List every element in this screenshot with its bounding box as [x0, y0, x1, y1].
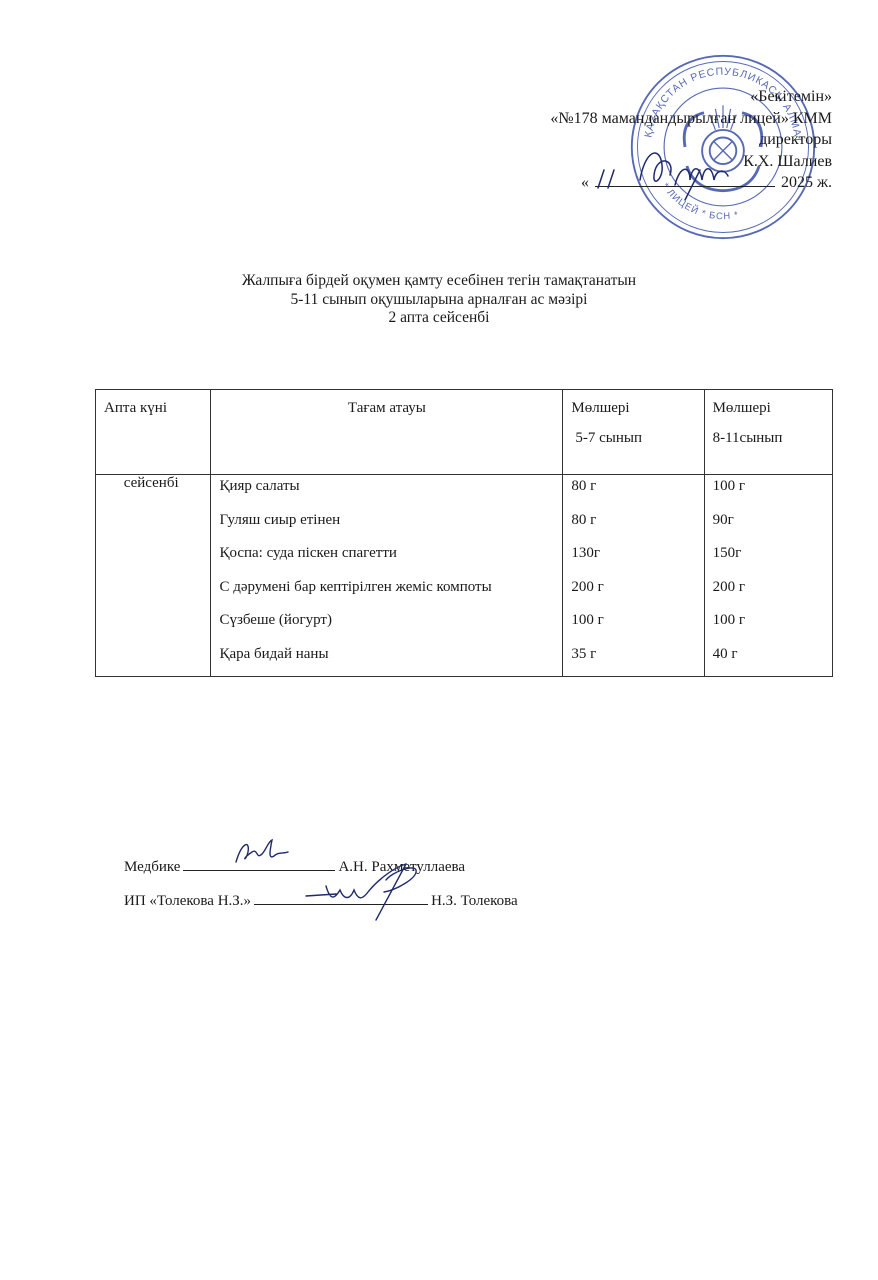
nurse-signature-icon: [232, 838, 302, 868]
amount-8-11: 40 г: [713, 643, 824, 677]
date-open-quote: «: [581, 172, 589, 194]
amount-5-7: 80 г: [571, 475, 695, 509]
header-amount-label: Мөлшері: [713, 400, 771, 416]
dish-name: Сүзбеше (йогурт): [219, 609, 554, 643]
amount-8-11: 90г: [713, 509, 824, 543]
nurse-label: Медбике: [124, 850, 180, 884]
header-dish: Тағам атауы: [211, 390, 563, 475]
table-row: сейсенбі Қияр салатыГуляш сиыр етіненҚос…: [96, 475, 833, 677]
amount-5-7: 80 г: [571, 509, 695, 543]
table-header-row: Апта күні Тағам атауы Мөлшері 5-7 сынып …: [96, 390, 833, 475]
amount-5-7: 100 г: [571, 609, 695, 643]
dish-name: Қияр салаты: [219, 475, 554, 509]
supplier-signature-icon: [296, 860, 446, 924]
dish-name: Гуляш сиыр етінен: [219, 509, 554, 543]
director-signature-icon: [590, 140, 740, 210]
header-day: Апта күні: [96, 390, 211, 475]
header-amount-grade: 8-11сынып: [713, 430, 824, 447]
amount-5-7: 200 г: [571, 576, 695, 610]
amount-5-7: 35 г: [571, 643, 695, 677]
supplier-label: ИП «Толекова Н.З.»: [124, 884, 251, 918]
menu-table: Апта күні Тағам атауы Мөлшері 5-7 сынып …: [95, 389, 833, 677]
header-amount-label: Мөлшері: [571, 400, 629, 416]
document-title: Жалпыға бірдей оқумен қамту есебінен тег…: [0, 272, 878, 328]
amount-8-11: 150г: [713, 542, 824, 576]
amount-8-11: 100 г: [713, 475, 824, 509]
header-amount-5-7: Мөлшері 5-7 сынып: [563, 390, 704, 475]
amount-8-11-cell: 100 г90г150г200 г100 г40 г: [704, 475, 832, 677]
title-line-2: 5-11 сынып оқушыларына арналған ас мәзір…: [0, 291, 878, 310]
approval-heading: «Бекітемін»: [550, 86, 832, 108]
amount-8-11: 100 г: [713, 609, 824, 643]
amount-5-7-cell: 80 г80 г130г200 г100 г35 г: [563, 475, 704, 677]
title-line-3: 2 апта сейсенбі: [0, 309, 878, 328]
day-cell: сейсенбі: [96, 475, 211, 677]
header-amount-grade: 5-7 сынып: [571, 430, 695, 447]
approval-organization: «№178 мамандандырылған лицей» КММ: [550, 108, 832, 130]
header-amount-8-11: Мөлшері 8-11сынып: [704, 390, 832, 475]
dish-name: Қара бидай наны: [219, 643, 554, 677]
amount-5-7: 130г: [571, 542, 695, 576]
amount-8-11: 200 г: [713, 576, 824, 610]
dish-name: С дәрумені бар кептірілген жеміс компоты: [219, 576, 554, 610]
dish-cell: Қияр салатыГуляш сиыр етіненҚоспа: суда …: [211, 475, 563, 677]
dish-name: Қоспа: суда піскен спагетти: [219, 542, 554, 576]
title-line-1: Жалпыға бірдей оқумен қамту есебінен тег…: [0, 272, 878, 291]
date-year: 2025 ж.: [781, 172, 832, 194]
